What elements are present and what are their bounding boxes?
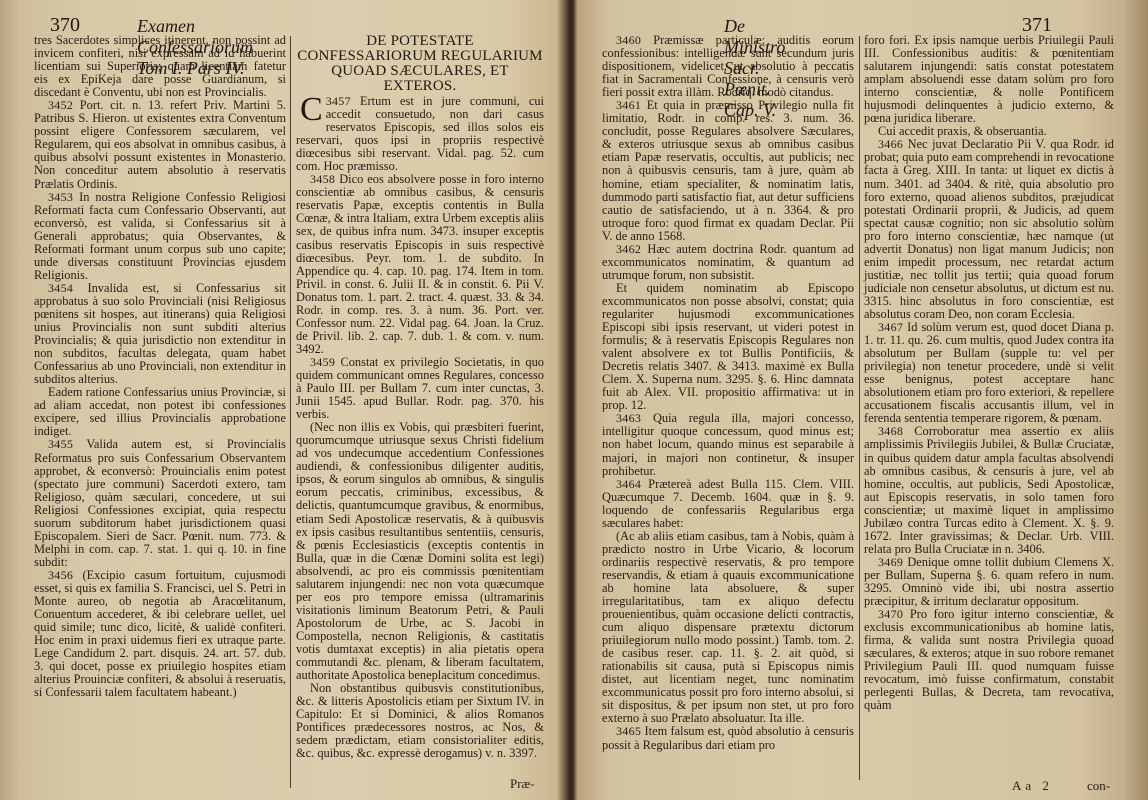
- paragraph-number: 3470: [878, 607, 903, 621]
- paragraph: 3453 In nostra Religione Confessio Relig…: [34, 191, 286, 282]
- left-column-a: tres Sacerdotes simplices itinerent, non…: [34, 34, 286, 699]
- paragraph-number: 3453: [48, 190, 73, 204]
- paragraph: 3469 Denique omne tollit dubium Clemens …: [864, 556, 1114, 608]
- paragraph: 3454 Invalida est, si Confessarius sit a…: [34, 282, 286, 386]
- paragraph-number: 3455: [48, 437, 73, 451]
- right-column-b: foro fori. Ex ipsis namque uerbis Priuil…: [864, 34, 1114, 712]
- column-rule: [859, 36, 860, 780]
- paragraph: 3458 Dico eos absolvere posse in foro in…: [296, 173, 544, 356]
- paragraph-number: 3467: [878, 320, 903, 334]
- paragraph-number: 3465: [616, 724, 641, 738]
- paragraph: 3470 Pro foro igitur interno conscientiæ…: [864, 608, 1114, 712]
- catchword: con-: [1087, 778, 1110, 794]
- paragraph: 3468 Corroboratur mea assertio ex aliis …: [864, 425, 1114, 555]
- column-rule: [290, 36, 291, 788]
- paragraph: 3466 Nec juvat Declaratio Pii V. qua Rod…: [864, 138, 1114, 321]
- paragraph-number: 3460: [616, 33, 641, 47]
- right-page: De Ministro Sacr. Pœnit. Cap. V. 371 346…: [574, 0, 1148, 800]
- paragraph: 3465 Item falsum est, quòd absolutio à c…: [602, 725, 854, 751]
- paragraph: Et quidem nominatim ab Episcopo excommun…: [602, 282, 854, 412]
- paragraph: (Nec non illis ex Vobis, qui præsbiteri …: [296, 421, 544, 682]
- paragraph-number: 3468: [878, 424, 903, 438]
- paragraph-number: 3456: [48, 568, 73, 582]
- paragraph: tres Sacerdotes simplices itinerent, non…: [34, 34, 286, 99]
- paragraph: 3452 Port. cit. n. 13. refert Priv. Mart…: [34, 99, 286, 190]
- paragraph: 3455 Valida autem est, si Provincialis R…: [34, 438, 286, 568]
- signature-mark: Aa 2: [1012, 778, 1053, 794]
- drop-cap: C: [300, 96, 323, 124]
- paragraph: Non obstantibus quibusvis constitutionib…: [296, 682, 544, 760]
- paragraph: 3464 Prætereà adest Bulla 115. Clem. VII…: [602, 478, 854, 530]
- book-spread: 370 Examen Confessariorum Tom I. Pars IV…: [0, 0, 1148, 800]
- paragraph-number: 3459: [310, 355, 335, 369]
- right-column-a: 3460 Præmissæ particulæ: auditis eorum c…: [602, 34, 854, 752]
- paragraph: 3462 Hæc autem doctrina Rodr. quantum ad…: [602, 243, 854, 282]
- paragraph: 3457 CErtum est in jure communi, cui acc…: [296, 95, 544, 173]
- paragraph: (Ac ab aliis etiam casibus, tam à Nobis,…: [602, 530, 854, 726]
- paragraph: 3459 Constat ex privilegio Societatis, i…: [296, 356, 544, 421]
- paragraph-number: 3469: [878, 555, 903, 569]
- catchword: Præ-: [510, 776, 535, 792]
- left-column-b: De potestate Confessariorum Regularium q…: [296, 34, 544, 760]
- paragraph-number: 3458: [310, 172, 335, 186]
- paragraph: foro fori. Ex ipsis namque uerbis Priuil…: [864, 34, 1114, 125]
- paragraph: Eadem ratione Confessarius unius Provinc…: [34, 386, 286, 438]
- paragraph-number: 3463: [616, 411, 641, 425]
- paragraph-number: 3466: [878, 137, 903, 151]
- paragraph-number: 3464: [616, 477, 641, 491]
- paragraph-number: 3452: [48, 98, 73, 112]
- paragraph-number: 3461: [616, 98, 641, 112]
- paragraph-number: 3462: [616, 242, 641, 256]
- paragraph-number: 3457: [326, 94, 351, 108]
- paragraph: 3456 (Excipio casum fortuitum, cujusmodi…: [34, 569, 286, 699]
- section-title: De potestate Confessariorum Regularium q…: [296, 34, 544, 94]
- paragraph: 3461 Et quia in præmisso Privilegio null…: [602, 99, 854, 243]
- paragraph-number: 3454: [48, 281, 73, 295]
- left-page: 370 Examen Confessariorum Tom I. Pars IV…: [0, 0, 574, 800]
- paragraph: 3463 Quia regula illa, majori concesso, …: [602, 412, 854, 477]
- paragraph: 3460 Præmissæ particulæ: auditis eorum c…: [602, 34, 854, 99]
- paragraph: 3467 Id solùm verum est, quod docet Dian…: [864, 321, 1114, 425]
